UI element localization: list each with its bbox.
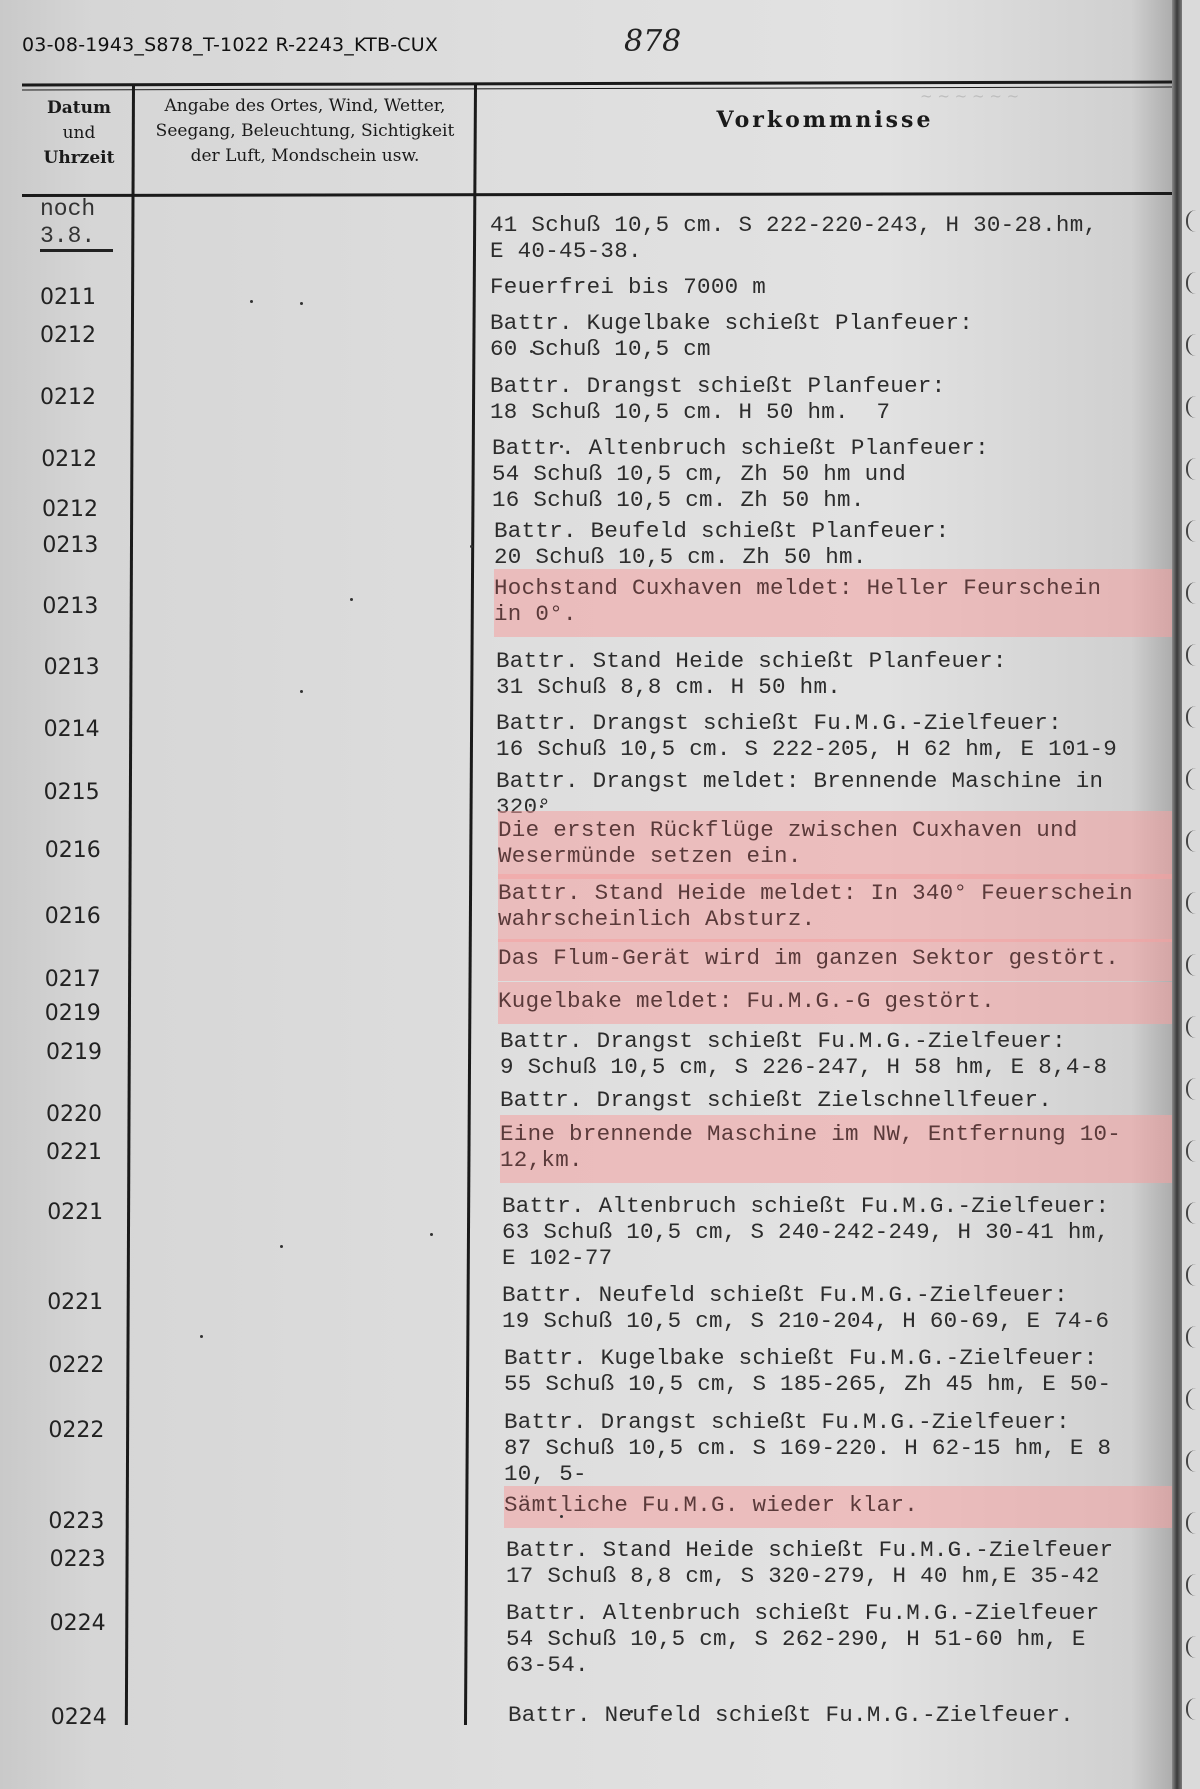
ink-speck <box>430 1233 433 1236</box>
entry-line: Battr. Altenbruch schießt Planfeuer: <box>492 435 1172 461</box>
entry-line: Das Flum-Gerät wird im ganzen Sektor ges… <box>498 945 1172 971</box>
log-entry: Battr. Drangst schießt Fu.M.G.-Zielfeuer… <box>504 1409 1172 1487</box>
ink-speck <box>520 1440 523 1443</box>
adjacent-page-glyph <box>1186 1450 1200 1472</box>
handwritten-page-number: 878 <box>624 24 681 59</box>
entry-line: 87 Schuß 10,5 cm. S 169-220. H 62-15 hm,… <box>504 1435 1172 1461</box>
ink-speck <box>560 445 563 448</box>
adjacent-page-glyph <box>1186 1016 1200 1038</box>
log-entry: Battr. Kugelbake schießt Planfeuer:60 Sc… <box>490 310 1172 362</box>
entry-line: Battr. Stand Heide schießt Fu.M.G.-Zielf… <box>506 1537 1172 1563</box>
ink-speck <box>540 805 543 808</box>
entry-time: 0224 <box>50 1611 140 1636</box>
log-entry: Battr. Drangst schießt Zielschnellfeuer. <box>500 1087 1172 1113</box>
adjacent-page-glyph <box>1186 1326 1200 1348</box>
page-fold <box>1172 0 1182 1789</box>
log-entry: 41 Schuß 10,5 cm. S 222-220-243, H 30-28… <box>490 212 1172 264</box>
entry-line: 19 Schuß 10,5 cm, S 210-204, H 60-69, E … <box>502 1308 1172 1334</box>
entry-line: 63 Schuß 10,5 cm, S 240-242-249, H 30-41… <box>502 1219 1172 1245</box>
entry-line: 16 Schuß 10,5 cm. Zh 50 hm. <box>492 487 1172 513</box>
header-line: der Luft, Mondschein usw. <box>138 144 472 169</box>
entry-time: 0222 <box>48 1353 138 1378</box>
highlighted-log-entry: Battr. Stand Heide meldet: In 340° Feuer… <box>498 874 1172 942</box>
continued-date-value: 3.8. <box>40 223 113 252</box>
entry-line: Battr. Drangst meldet: Brennende Maschin… <box>496 768 1172 794</box>
entry-time: 0213 <box>44 655 134 680</box>
entry-line: 60 Schuß 10,5 cm <box>490 336 1172 362</box>
log-entry: Battr. Drangst schießt Planfeuer:18 Schu… <box>490 373 1172 425</box>
entry-line: Battr. Drangst schießt Planfeuer: <box>490 373 1172 399</box>
entry-line: 55 Schuß 10,5 cm, S 185-265, Zh 45 hm, E… <box>504 1371 1172 1397</box>
log-entry: Battr. Altenbruch schießt Fu.M.G.-Zielfe… <box>502 1193 1172 1271</box>
entry-line: 31 Schuß 8,8 cm. H 50 hm. <box>496 674 1172 700</box>
entry-line: in 0°. <box>494 601 1172 627</box>
log-entry: Battr. Drangst schießt Fu.M.G.-Zielfeuer… <box>496 710 1172 762</box>
entry-time: 0213 <box>42 533 132 558</box>
entry-line: wahrscheinlich Absturz. <box>498 906 1172 932</box>
log-entry: Battr. Stand Heide schießt Fu.M.G.-Zielf… <box>506 1537 1172 1589</box>
entry-line: Battr. Stand Heide schießt Planfeuer: <box>496 648 1172 674</box>
entry-line: Battr. Beufeld schießt Planfeuer: <box>494 518 1172 544</box>
entry-line: 54 Schuß 10,5 cm, Zh 50 hm und <box>492 461 1172 487</box>
entry-line: Battr. Neufeld schießt Fu.M.G.-Zielfeuer… <box>502 1282 1172 1308</box>
adjacent-page-glyph <box>1186 768 1200 790</box>
entry-line: 63-54. <box>506 1652 1172 1678</box>
ink-speck <box>280 1245 283 1248</box>
entry-line: Hochstand Cuxhaven meldet: Heller Feursc… <box>494 575 1172 601</box>
entry-time: 0216 <box>45 904 135 929</box>
adjacent-page-glyph <box>1186 892 1200 914</box>
entry-time: 0217 <box>45 967 135 992</box>
ink-speck <box>350 598 353 601</box>
adjacent-page-glyph <box>1186 272 1200 294</box>
adjacent-page-glyph <box>1186 1698 1200 1720</box>
log-entry: Battr. Drangst schießt Fu.M.G.-Zielfeuer… <box>500 1028 1172 1080</box>
entry-time: 0215 <box>44 780 134 805</box>
entry-line: E 102-77 <box>502 1245 1172 1271</box>
highlighted-log-entry: Kugelbake meldet: Fu.M.G.-G gestört. <box>498 982 1172 1024</box>
adjacent-page-glyph <box>1186 1388 1200 1410</box>
ink-speck <box>530 350 533 353</box>
entry-line: Feuerfrei bis 7000 m <box>490 274 1172 300</box>
adjacent-page-glyph <box>1186 582 1200 604</box>
entry-line: 18 Schuß 10,5 cm. H 50 hm. 7 <box>490 399 1172 425</box>
ink-speck <box>200 1335 203 1338</box>
highlighted-log-entry: Die ersten Rückflüge zwischen Cuxhaven u… <box>498 811 1172 879</box>
ink-speck <box>470 545 473 548</box>
entry-line: Kugelbake meldet: Fu.M.G.-G gestört. <box>498 988 1172 1014</box>
header-line: und <box>24 121 134 146</box>
entry-time: 0221 <box>46 1140 136 1165</box>
adjacent-page-glyph <box>1186 1636 1200 1658</box>
adjacent-page-glyph <box>1186 1140 1200 1162</box>
entry-time: 0219 <box>45 1001 135 1026</box>
entry-line: 17 Schuß 8,8 cm, S 320-279, H 40 hm,E 35… <box>506 1563 1172 1589</box>
entry-time: 0212 <box>42 497 132 522</box>
entry-line: Battr. Drangst schießt Fu.M.G.-Zielfeuer… <box>496 710 1172 736</box>
entry-time: 0212 <box>40 385 130 410</box>
entry-time: 0223 <box>48 1509 138 1534</box>
entry-line: Battr. Neufeld schießt Fu.M.G.-Zielfeuer… <box>508 1702 1172 1728</box>
entry-line: Battr. Drangst schießt Zielschnellfeuer. <box>500 1087 1172 1113</box>
ink-speck <box>590 1640 593 1643</box>
log-entry: Battr. Neufeld schießt Fu.M.G.-Zielfeuer… <box>502 1282 1172 1334</box>
entry-line: Battr. Altenbruch schießt Fu.M.G.-Zielfe… <box>502 1193 1172 1219</box>
entry-line: 20 Schuß 10,5 cm. Zh 50 hm. <box>494 544 1172 570</box>
entry-line: 12,km. <box>500 1147 1172 1173</box>
highlighted-log-entry: Eine brennende Maschine im NW, Entfernun… <box>500 1115 1172 1183</box>
entry-line: 9 Schuß 10,5 cm, S 226-247, H 58 hm, E 8… <box>500 1054 1172 1080</box>
log-entry: Battr. Neufeld schießt Fu.M.G.-Zielfeuer… <box>508 1702 1172 1728</box>
continued-label: noch <box>40 196 113 223</box>
entry-line: Battr. Altenbruch schießt Fu.M.G.-Zielfe… <box>506 1600 1172 1626</box>
adjacent-page-glyph <box>1186 830 1200 852</box>
entry-line: Battr. Kugelbake schießt Fu.M.G.-Zielfeu… <box>504 1345 1172 1371</box>
entry-line: 16 Schuß 10,5 cm. S 222-205, H 62 hm, E … <box>496 736 1172 762</box>
entry-line: E 40-45-38. <box>490 238 1172 264</box>
entry-time: 0221 <box>47 1200 137 1225</box>
log-entry: Battr. Stand Heide schießt Planfeuer:31 … <box>496 648 1172 700</box>
entry-line: Die ersten Rückflüge zwischen Cuxhaven u… <box>498 817 1172 843</box>
log-entry: Battr. Kugelbake schießt Fu.M.G.-Zielfeu… <box>504 1345 1172 1397</box>
bleed-through-text: ~ ~ ~ ~ ~ ~ <box>920 84 1160 108</box>
adjacent-page-glyph <box>1186 644 1200 666</box>
entry-time: 0219 <box>46 1040 136 1065</box>
adjacent-page-glyph <box>1186 1512 1200 1534</box>
adjacent-page-glyph <box>1186 706 1200 728</box>
continued-date: noch 3.8. <box>40 196 113 250</box>
adjacent-page-glyph <box>1186 210 1200 232</box>
entry-line: Wesermünde setzen ein. <box>498 843 1172 869</box>
column-header-datum: Datum und Uhrzeit <box>24 96 134 171</box>
ink-speck <box>630 1710 633 1713</box>
adjacent-page-glyph <box>1186 954 1200 976</box>
adjacent-page-edge <box>1182 0 1200 1789</box>
archive-label: 03-08-1943_S878_T-1022 R-2243_KTB-CUX <box>22 34 438 56</box>
entry-time: 0213 <box>42 594 132 619</box>
entry-line: Sämtliche Fu.M.G. wieder klar. <box>504 1492 1172 1518</box>
entry-line: Battr. Kugelbake schießt Planfeuer: <box>490 310 1172 336</box>
adjacent-page-glyph <box>1186 520 1200 542</box>
adjacent-page-glyph <box>1186 334 1200 356</box>
log-entry: Battr. Altenbruch schießt Planfeuer:54 S… <box>492 435 1172 513</box>
entry-time: 0223 <box>50 1547 140 1572</box>
header-line: Uhrzeit <box>24 146 134 171</box>
entry-line: 41 Schuß 10,5 cm. S 222-220-243, H 30-28… <box>490 212 1172 238</box>
log-entry: Battr. Altenbruch schießt Fu.M.G.-Zielfe… <box>506 1600 1172 1678</box>
adjacent-page-glyph <box>1186 1264 1200 1286</box>
ink-speck <box>300 302 303 305</box>
ink-speck <box>250 300 253 303</box>
header-line: Seegang, Beleuchtung, Sichtigkeit <box>138 119 472 144</box>
highlighted-log-entry: Das Flum-Gerät wird im ganzen Sektor ges… <box>498 939 1172 981</box>
header-line: Angabe des Ortes, Wind, Wetter, <box>138 94 472 119</box>
log-entry: Battr. Beufeld schießt Planfeuer:20 Schu… <box>494 518 1172 570</box>
entry-time: 0212 <box>41 447 131 472</box>
column-header-ort: Angabe des Ortes, Wind, Wetter, Seegang,… <box>138 94 472 169</box>
entry-time: 0222 <box>48 1418 138 1443</box>
ink-speck <box>560 1515 563 1518</box>
entry-line: Battr. Drangst schießt Fu.M.G.-Zielfeuer… <box>504 1409 1172 1435</box>
entry-line: 10, 5- <box>504 1461 1172 1487</box>
adjacent-page-glyph <box>1186 396 1200 418</box>
adjacent-page-glyph <box>1186 1202 1200 1224</box>
entry-time: 0221 <box>47 1290 137 1315</box>
entry-line: Battr. Drangst schießt Fu.M.G.-Zielfeuer… <box>500 1028 1172 1054</box>
entry-line: 54 Schuß 10,5 cm, S 262-290, H 51-60 hm,… <box>506 1626 1172 1652</box>
entry-time: 0212 <box>40 323 130 348</box>
entry-line: Eine brennende Maschine im NW, Entfernun… <box>500 1121 1172 1147</box>
ink-speck <box>300 690 303 693</box>
entry-time: 0224 <box>51 1705 141 1730</box>
entry-time: 0214 <box>44 717 134 742</box>
adjacent-page-glyph <box>1186 1078 1200 1100</box>
header-line: Datum <box>24 96 134 121</box>
entry-time: 0220 <box>46 1102 136 1127</box>
column-header-vorkommnisse: Vorkommnisse <box>480 108 1170 133</box>
entry-time: 0216 <box>45 838 135 863</box>
entry-line: Battr. Stand Heide meldet: In 340° Feuer… <box>498 880 1172 906</box>
entry-time: 0211 <box>40 285 130 310</box>
adjacent-page-glyph <box>1186 1574 1200 1596</box>
log-entry: Feuerfrei bis 7000 m <box>490 274 1172 300</box>
highlighted-log-entry: Hochstand Cuxhaven meldet: Heller Feursc… <box>494 569 1172 637</box>
highlighted-log-entry: Sämtliche Fu.M.G. wieder klar. <box>504 1486 1172 1528</box>
adjacent-page-glyph <box>1186 458 1200 480</box>
